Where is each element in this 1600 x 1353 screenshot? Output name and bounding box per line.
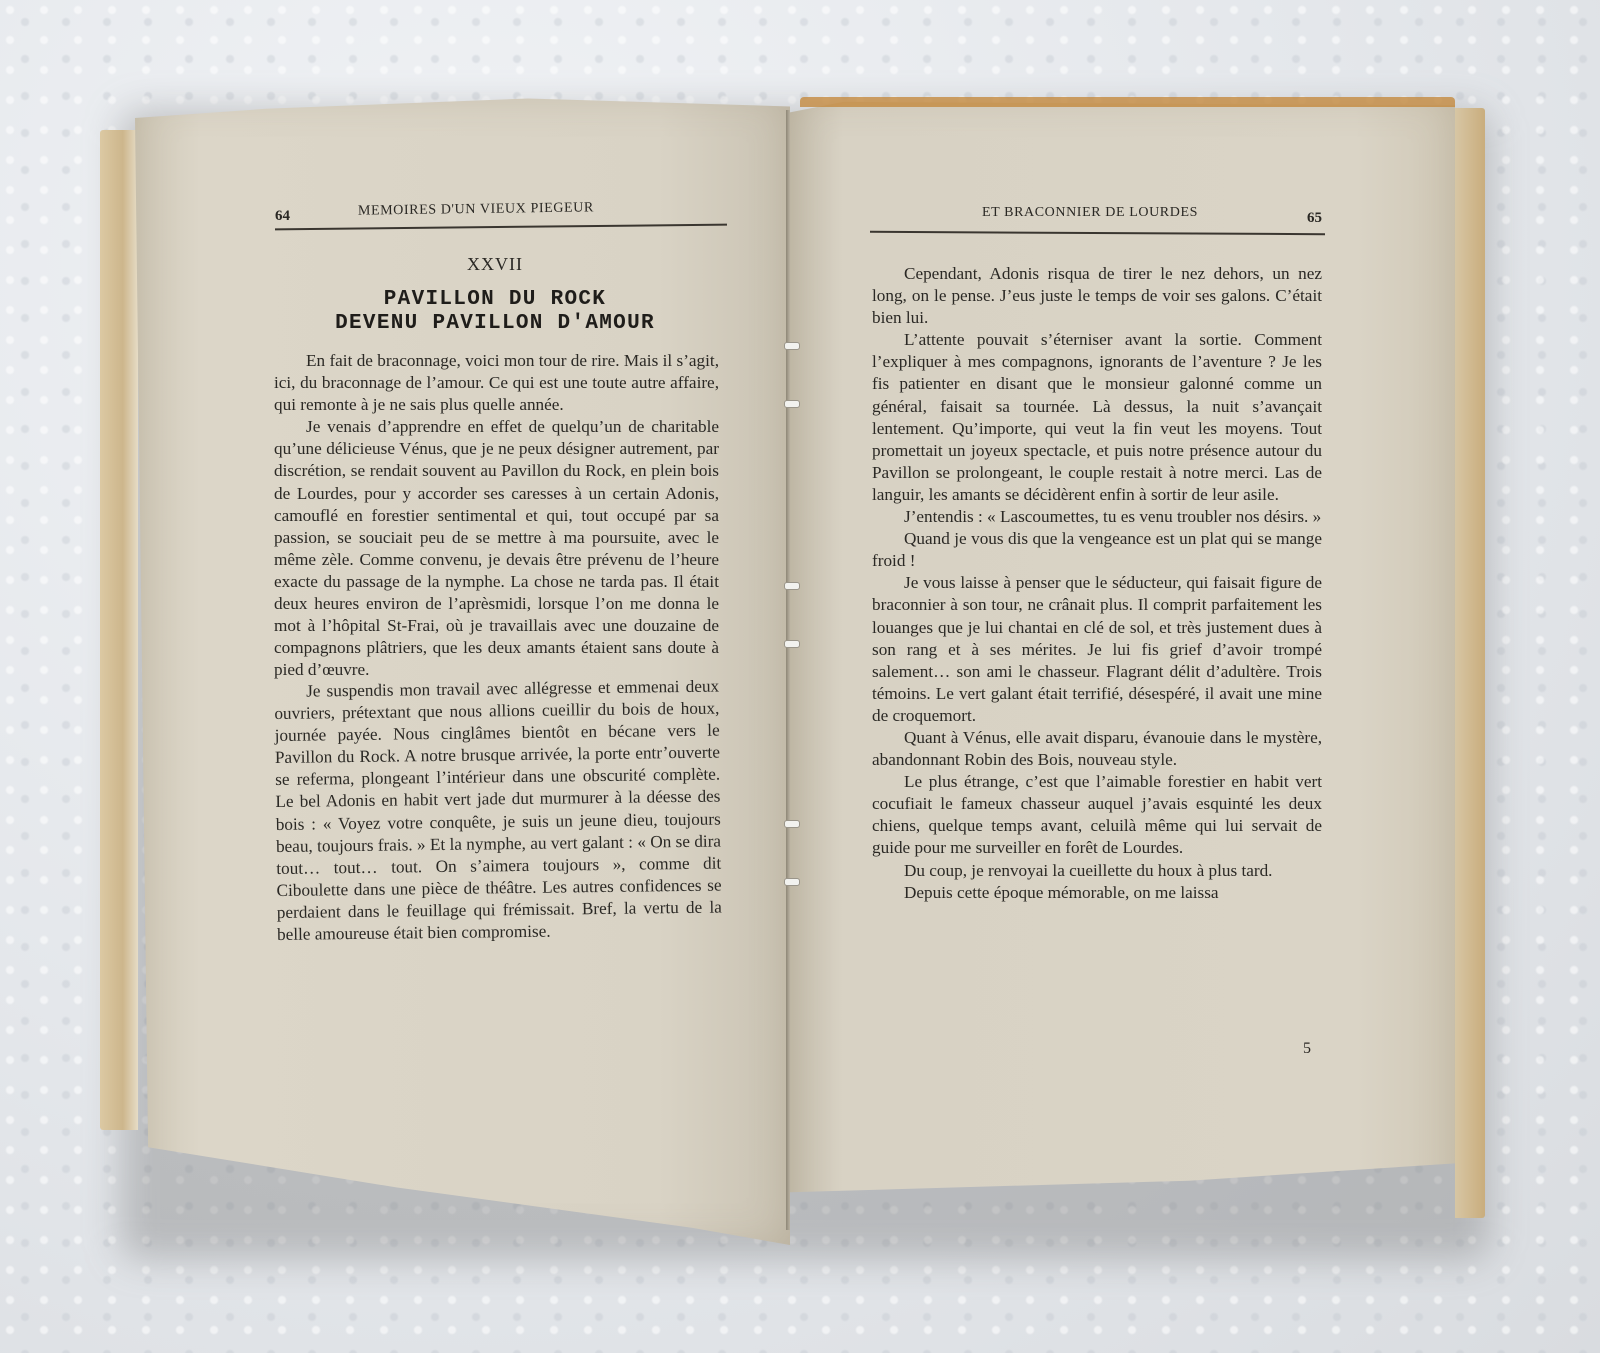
chapter-title-line-1: PAVILLON DU ROCK [275, 288, 715, 312]
binding-stitch [784, 878, 800, 886]
right-page-number: 65 [1307, 210, 1322, 227]
chapter-title: PAVILLON DU ROCK DEVENU PAVILLON D'AMOUR [275, 288, 715, 336]
chapter-number: XXVII [275, 254, 715, 275]
left-page-number: 64 [275, 208, 290, 225]
binding-stitch [784, 820, 800, 828]
paragraph: Cependant, Adonis risqua de tirer le nez… [872, 263, 1322, 329]
book-cover-left-edge [100, 130, 138, 1130]
book-gutter [786, 110, 790, 1230]
binding-stitch [784, 640, 800, 648]
book-cover-right-edge [1455, 108, 1485, 1218]
binding-stitch [784, 400, 800, 408]
binding-stitch [784, 342, 800, 350]
paragraph: J’entendis : « Lascoumettes, tu es venu … [872, 506, 1322, 528]
right-page-body: Cependant, Adonis risqua de tirer le nez… [872, 263, 1322, 904]
aged-page-edge [800, 97, 1455, 107]
paragraph: Du coup, je renvoyai la cueillette du ho… [872, 860, 1322, 882]
paragraph: Depuis cette époque mémorable, on me lai… [872, 882, 1322, 904]
paragraph: En fait de braconnage, voici mon tour de… [274, 350, 719, 416]
paragraph: Quant à Vénus, elle avait disparu, évano… [872, 727, 1322, 771]
paragraph: Je vous laisse à penser que le séducteur… [872, 572, 1322, 727]
paragraph: L’attente pouvait s’éterniser avant la s… [872, 329, 1322, 506]
paragraph: Quand je vous dis que la vengeance est u… [872, 528, 1322, 572]
paragraph: Je venais d’apprendre en effet de quelqu… [274, 416, 719, 681]
chapter-title-line-2: DEVENU PAVILLON D'AMOUR [275, 312, 715, 336]
paragraph: Je suspendis mon travail avec allégresse… [274, 676, 722, 947]
left-page-body: En fait de braconnage, voici mon tour de… [274, 350, 719, 947]
left-running-head: MEMOIRES D'UN VIEUX PIEGEUR [358, 200, 594, 219]
paragraph: Le plus étrange, c’est que l’aimable for… [872, 771, 1322, 859]
signature-mark: 5 [1303, 1040, 1311, 1058]
right-running-head: ET BRACONNIER DE LOURDES [982, 205, 1198, 221]
binding-stitch [784, 582, 800, 590]
